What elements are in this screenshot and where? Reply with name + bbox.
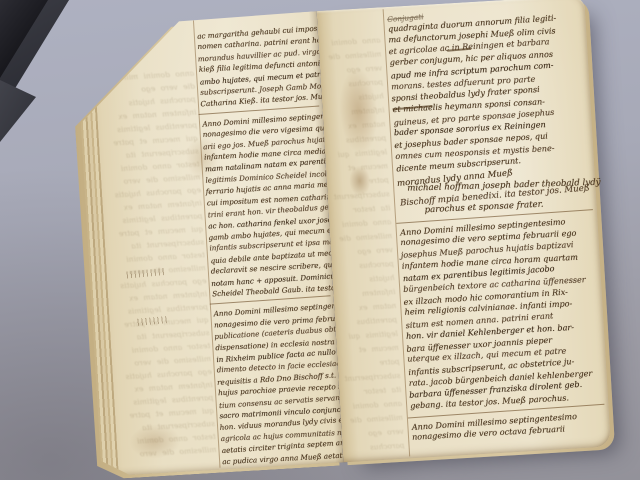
open-register-book: anno domini millesimo die vero ego paroc…: [75, 0, 611, 477]
photographed-scene: anno domini millesimo die vero ego paroc…: [0, 0, 640, 480]
manuscript-page-left: anno domini millesimo die vero ego paroc…: [75, 11, 343, 477]
entry-baptism-jan-25: Anno Domini millesimo septingentesimonon…: [202, 111, 332, 300]
entry-marriage-continuation: quadraginta duorum annorum filia legiti-…: [387, 12, 589, 175]
entry-record-continuation: ac margaritha gehaubi cui impositum estn…: [197, 23, 321, 110]
entry-marriage-feb-1: Anno Domini millesimo septingentesimonon…: [213, 301, 341, 467]
right-page-text-column: Conjugati quadraginta duorum annorum fil…: [387, 1, 605, 446]
manuscript-page-right: anno domini millesimo die vero ego paroc…: [317, 0, 611, 462]
entry-baptism-feb-7: Anno Domini millesimo septingentesimonon…: [400, 215, 604, 413]
